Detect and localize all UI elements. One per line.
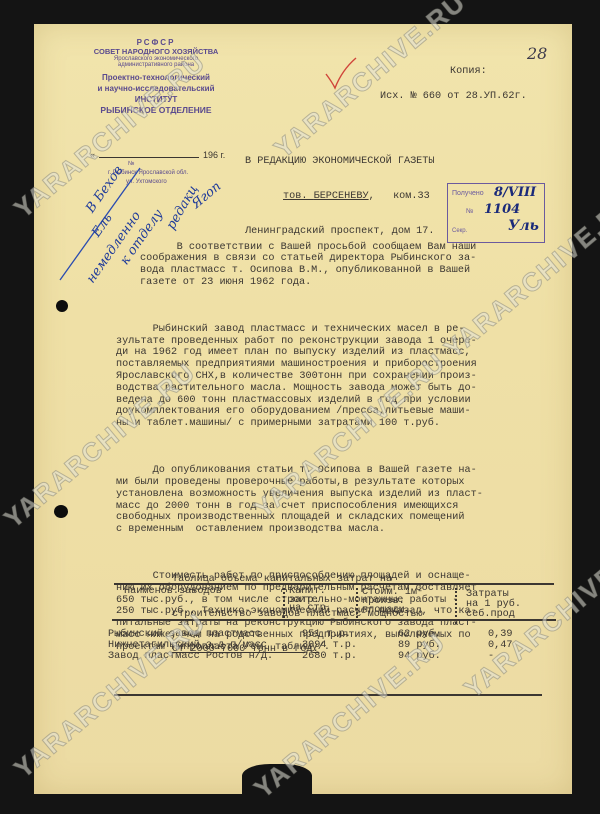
received-date: 8/VIII	[494, 185, 536, 200]
copy-label: Копия:	[450, 66, 487, 78]
punch-hole	[54, 505, 68, 518]
paragraph-3: До опубликования статьи т. Осипова в Ваш…	[116, 465, 483, 536]
paragraph-1: В соответствии с Вашей просьбой сообщаем…	[140, 242, 483, 289]
letterhead-stamp: РСФСР СОВЕТ НАРОДНОГО ХОЗЯЙСТВА Ярославс…	[80, 38, 232, 115]
date-prefix: «	[90, 150, 95, 160]
cell-cost-m2: 94 руб.	[398, 651, 441, 663]
cell-capex: 2680 т.р.	[302, 651, 357, 663]
addressee-line-2: тов. БЕРСЕНЕВУ, ком.33	[245, 191, 435, 203]
cell-cost-per-rub: -	[488, 651, 494, 663]
letterhead-institute-3: ИНСТИТУТ	[80, 94, 232, 105]
addressee-title: тов.	[283, 191, 314, 202]
col-header-cost-m2: Стоим. 1м² произв. площади.	[362, 588, 423, 615]
received-number-label: №	[466, 208, 474, 215]
column-divider	[356, 588, 358, 618]
torn-edge	[242, 764, 312, 794]
cell-plant-name: Завод пластмасс Ростов н/Д.	[108, 651, 273, 663]
letterhead-council: СОВЕТ НАРОДНОГО ХОЗЯЙСТВА	[80, 47, 232, 56]
letterhead-country: РСФСР	[80, 38, 232, 47]
table-top-rule	[114, 583, 554, 585]
col-header-capex: Капит. затр. на стр.	[289, 588, 332, 614]
received-label: Получено	[452, 190, 484, 197]
addressee-room: , ком.33	[369, 191, 430, 202]
checkmark-icon	[322, 56, 358, 92]
column-divider	[283, 588, 285, 618]
outgoing-reference: Исх. № 660 от 28.УП.62г.	[380, 91, 527, 103]
punch-hole	[56, 300, 68, 312]
date-field: «196 г.	[90, 150, 225, 160]
paragraph-2: Рыбинский завод пластмасс и технических …	[116, 324, 483, 430]
letterhead-branch: РЫБИНСКОЕ ОТДЕЛЕНИЕ	[80, 105, 232, 115]
table-bottom-rule	[114, 694, 542, 696]
letterhead-institute-2: и научно-исследовательский	[80, 83, 232, 94]
letterhead-institute-1: Проектно-технологический	[80, 72, 232, 83]
col-header-name: Наименов.заводов	[124, 586, 222, 598]
received-number: 1104	[484, 202, 520, 217]
addressee-line-1: В РЕДАКЦИЮ ЭКОНОМИЧЕСКОЙ ГАЗЕТЫ	[245, 156, 435, 168]
column-divider	[455, 588, 457, 624]
secretary-signature: Уль	[508, 218, 539, 234]
letterhead-region-2: административного района	[80, 62, 232, 68]
addressee-name: БЕРСЕНЕВУ	[314, 191, 369, 202]
date-suffix: 196 г.	[203, 150, 225, 160]
col-header-cost-per-rub: Затраты на 1 руб. себ.прод	[466, 590, 521, 620]
page-number: 28	[527, 44, 547, 63]
